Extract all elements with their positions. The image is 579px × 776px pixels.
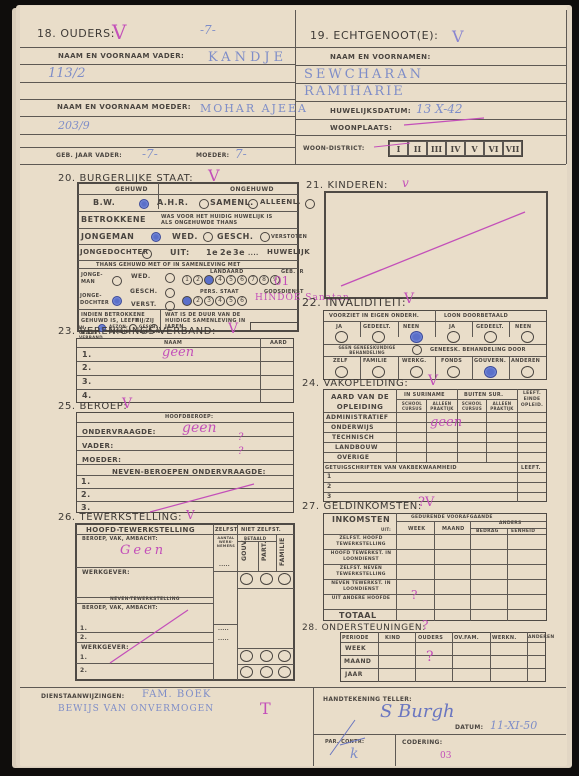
check-mark: ?V <box>418 495 434 510</box>
eigen-neen-radio[interactable] <box>410 331 423 343</box>
third-marriage[interactable]: 3e <box>233 248 245 257</box>
check-mark: V <box>122 396 132 412</box>
part-radio[interactable] <box>260 573 273 585</box>
gesch2-radio[interactable] <box>165 288 175 298</box>
spouse-names-label: NAAM EN VOORNAMEN: <box>330 53 431 61</box>
school-header: SCHOOL CURSUS <box>458 401 486 411</box>
mother-name-value[interactable]: MOHAR AJEEA <box>200 102 308 115</box>
income-row-label: HOOFD TEWERKST. IN LOONDIENST <box>326 551 396 563</box>
ondervraagde-label: ONDERVRAAGDE: <box>82 428 156 436</box>
duur-input-box[interactable] <box>250 322 298 332</box>
second-marriage[interactable]: 2e <box>220 248 232 257</box>
section-title: 27. GELDINKOMSTEN: <box>302 501 422 512</box>
loon-header: LOON DOORBETAALD <box>444 313 508 319</box>
moeder-value[interactable]: ? <box>238 446 243 457</box>
was-voor-label: WAS VOOR HET HUIDIG HUWELIJK IS ALS ONGE… <box>161 214 281 226</box>
alleen-header: ALLEEN PRAKTIJK <box>427 401 457 411</box>
werkg-label: WERKG. <box>402 358 426 364</box>
eigen-gedeelt-radio[interactable] <box>372 331 385 343</box>
samenl-radio[interactable] <box>248 199 258 209</box>
vader-label: VADER: <box>82 442 114 450</box>
income-row-label: ZELFST. HOOFD TEWERKSTELLING <box>326 536 396 548</box>
col-header: WERKN. <box>492 635 517 641</box>
familie-radio[interactable] <box>278 573 291 585</box>
gesch-radio[interactable] <box>260 232 270 242</box>
maand-header: MAAND <box>442 526 465 532</box>
in-suriname-header: IN SURINAME <box>404 392 445 398</box>
section-title: 25. BEROEP: <box>58 401 127 412</box>
landaard-option[interactable]: 5 <box>226 275 236 285</box>
landaard-option-selected[interactable]: 3 <box>204 275 214 285</box>
income-mark[interactable]: ? <box>411 588 417 602</box>
section-title: 24. VAKOPLEIDING: <box>302 378 408 389</box>
ondervraagde-value[interactable]: geen <box>182 420 217 436</box>
spouse-name-line1[interactable]: SEWCHARAN <box>304 67 424 82</box>
vereniging-value[interactable]: geen <box>162 345 194 360</box>
marriage-date-value[interactable]: 13 X-42 <box>416 102 463 116</box>
familie3-radio[interactable] <box>278 666 291 678</box>
section-title: 19. ECHTGENOOT(E): <box>310 29 438 42</box>
landaard-option[interactable]: 1 <box>182 275 192 285</box>
pers-staat-digits: 1 2 3 4 5 6 <box>182 296 247 306</box>
school-header: SCHOOL CURSUS <box>398 401 426 411</box>
gouvern-label: GOUVERN. <box>474 358 506 364</box>
anderen-label: ANDEREN <box>511 358 540 364</box>
werkg-radio[interactable] <box>410 366 423 378</box>
mark-t: T <box>260 699 271 718</box>
familie-label: FAMILIE <box>363 358 387 364</box>
wed-label: WED. <box>172 232 198 241</box>
uit-label: UIT: <box>170 248 190 257</box>
teller-signature[interactable]: S Burgh <box>380 701 455 722</box>
verst-label: VERST. <box>131 301 157 308</box>
zelf-label: ZELF <box>333 358 348 364</box>
col-header: OV.FAM. <box>454 635 479 641</box>
column-divider <box>566 10 567 164</box>
par-contr-label: PAR. CONTR: <box>325 739 364 745</box>
loon-ja-radio[interactable] <box>447 331 460 343</box>
huwelijk-label: HUWELIJK <box>267 248 310 256</box>
getuig-header: GETUIGSCHRIFTEN VAN VAKBEKWAAMHEID <box>325 465 457 471</box>
landaard-option[interactable]: 2 <box>193 275 203 285</box>
familie-radio[interactable] <box>372 366 385 378</box>
voorziet-header: VOORZIET IN EIGEN ONDERH. <box>329 313 419 319</box>
row-number: 2. <box>80 667 87 674</box>
eigen-ja-radio[interactable] <box>335 331 348 343</box>
jongeman-radio[interactable] <box>151 232 161 242</box>
beroep-value[interactable]: Geen <box>120 543 166 558</box>
aard-opleiding-header: AARD VAN DE OPLEIDING <box>330 392 390 412</box>
census-form-page: 18. OUDERS: V -7- NAAM EN VOORNAAM VADER… <box>20 6 567 766</box>
familie-header: FAMILIE <box>279 537 286 566</box>
father-code[interactable]: 113/2 <box>48 66 85 81</box>
period-label: MAAND <box>344 658 371 665</box>
familie2-radio[interactable] <box>278 650 291 662</box>
bw-label: B.W. <box>93 198 115 207</box>
datum-value[interactable]: 11-XI-50 <box>490 719 537 732</box>
opleiding-type: LANDBOUW <box>335 444 378 451</box>
betrokkene-label: BETROKKENE <box>81 215 146 224</box>
jonge-man-radio[interactable] <box>112 276 122 286</box>
period-label: WEEK <box>345 645 366 652</box>
section-title: 26. TEWERKSTELLING: <box>58 512 182 523</box>
niet-zelfst-header: NIET ZELFST. <box>241 527 281 533</box>
neen-label: NEEN <box>403 324 419 330</box>
codering-value[interactable]: 03 <box>440 751 451 761</box>
inkomsten-header: INKOMSTEN <box>332 515 390 524</box>
gouv2-radio[interactable] <box>240 650 253 662</box>
zelfst-header: ZELFST <box>215 527 237 533</box>
geen-genees-radio[interactable] <box>412 345 422 355</box>
check-mark: V <box>186 508 195 522</box>
part3-radio[interactable] <box>260 666 273 678</box>
landaard-digits: 1 2 3 4 5 6 7 8 9 <box>182 275 280 285</box>
mother-birth-year-value[interactable]: 7- <box>235 147 247 161</box>
marriage-date-label: HUWELIJKSDATUM: <box>330 107 411 115</box>
opleiding-type: TECHNISCH <box>332 434 374 441</box>
landaard-option[interactable]: 8 <box>259 275 269 285</box>
aantal-blank: ..... <box>219 562 230 568</box>
section-title: 18. OUDERS: <box>37 27 115 40</box>
jonge-dochter-label: JONGE- DOCHTER <box>80 293 108 307</box>
district-option[interactable]: III <box>427 141 446 156</box>
row-number: 2. <box>80 634 87 641</box>
check-mark: V <box>112 20 126 44</box>
alleenl-radio[interactable] <box>305 199 315 209</box>
ja-label: JA <box>336 324 342 330</box>
first-marriage[interactable]: 1e <box>206 248 218 257</box>
district-option[interactable]: IV <box>446 141 465 156</box>
loon-neen-radio[interactable] <box>521 331 534 343</box>
pers-staat-option[interactable]: 2 <box>193 296 203 306</box>
father-birth-year-label: GEB. JAAR VADER: <box>56 152 122 159</box>
verstoten-label: VERSTOTEN <box>271 234 307 240</box>
row-number: 3. <box>82 377 92 386</box>
loon-gedeelt-radio[interactable] <box>484 331 497 343</box>
opleiding-type: ADMINISTRATIEF <box>326 414 388 421</box>
row-number: 1. <box>82 350 92 359</box>
beroep-label: BEROEP, VAK, AMBACHT: <box>82 536 158 542</box>
father-name-label: NAAM EN VOORNAAM VADER: <box>58 52 184 60</box>
vader-value[interactable]: ? <box>238 432 243 443</box>
spouse-name-line2[interactable]: RAMIHARIE <box>304 84 405 99</box>
alleen-header: ALLEEN PRAKTIJK <box>487 401 517 411</box>
income-row-label: UIT ANDERE HOOFDE <box>326 596 396 602</box>
ahr-label: A.H.R. <box>157 198 188 207</box>
row-number: 1. <box>80 654 87 661</box>
district-selector: I II III IV V VI VII <box>388 140 523 157</box>
moeder-label: MOEDER: <box>82 456 121 464</box>
mother-name-label: NAAM EN VOORNAAM MOEDER: <box>57 103 191 111</box>
col-header: PERIODE <box>342 635 369 641</box>
gedurende-header: GEDURENDE VOORAFGAANDE <box>411 515 493 520</box>
column-divider <box>295 10 296 164</box>
gouv3-radio[interactable] <box>240 666 253 678</box>
check-mark: V <box>452 27 464 46</box>
week-header: WEEK <box>408 526 425 532</box>
row-number: 1. <box>80 625 87 632</box>
district-option[interactable]: II <box>408 141 427 156</box>
gedeelt-label: GEDEELT. <box>363 324 391 330</box>
beroep2-label: BEROEP, VAK, AMBACHT: <box>82 605 158 611</box>
check-mark: V <box>228 321 238 337</box>
jongeman-label: JONGEMAN <box>81 232 134 241</box>
par-contr-mark[interactable]: k <box>350 746 358 762</box>
fonds-label: FONDS <box>441 358 462 364</box>
gouv-header: GOUV. <box>241 538 248 561</box>
pers-staat-option[interactable]: 4 <box>215 296 225 306</box>
section-title: 21. KINDEREN: <box>306 180 388 191</box>
mother-birth-year-label: MOEDER: <box>196 152 229 159</box>
aantal-blank: ..... <box>218 626 229 632</box>
wed2-radio[interactable] <box>165 273 175 283</box>
landaard-option[interactable]: 7 <box>248 275 258 285</box>
support-mark[interactable]: ? <box>426 649 434 665</box>
dienst-line2[interactable]: BEWIJS VAN ONVERMOGEN <box>58 704 214 714</box>
gouv-radio[interactable] <box>240 573 253 585</box>
dienst-label: DIENSTAANWIJZINGEN: <box>41 693 124 700</box>
totaal-label: TOTAAL <box>339 611 377 620</box>
row-number: 1 <box>327 473 332 480</box>
col-header: KIND <box>385 635 400 641</box>
row-number: 3 <box>327 493 332 500</box>
row-number: 2. <box>82 363 92 372</box>
werkgever-label: WERKGEVER: <box>82 569 130 576</box>
father-name-value[interactable]: KANDJE <box>208 50 287 65</box>
jonge-man-label: JONGE- MAN <box>81 272 109 286</box>
opleiding-type: OVERIGE <box>337 454 369 461</box>
werkgever2-label: WERKGEVER: <box>81 644 129 651</box>
dienst-value[interactable]: FAM. BOEK <box>142 689 211 700</box>
gesch2-label: GESCH. <box>130 288 157 295</box>
pers-staat-option[interactable]: 3 <box>204 296 214 306</box>
aard-header: AARD <box>270 340 287 346</box>
district-option[interactable]: VI <box>484 141 503 156</box>
residence-label: WOONPLAATS: <box>330 124 392 132</box>
aantal-blank: ..... <box>218 636 229 642</box>
district-option[interactable]: VII <box>503 141 522 156</box>
period-label: JAAR <box>345 671 363 678</box>
check-mark: ? <box>422 618 428 632</box>
anderen-radio[interactable] <box>521 366 534 378</box>
pers-staat-option[interactable]: 6 <box>237 296 247 306</box>
ongehuwd-header: ONGEHUWD <box>230 186 274 193</box>
aantal-header: AANTAL WERK- NEMERS <box>215 536 237 548</box>
neen-label: NEEN <box>515 324 531 330</box>
uit-label: UIT: <box>381 527 391 532</box>
geb-jr-value[interactable]: 01 <box>274 274 289 288</box>
district-label: WOON-DISTRICT: <box>303 145 365 152</box>
district-option[interactable]: V <box>465 141 484 156</box>
neven-tewerkstelling-header: NEVEN-TEWERKSTELLING <box>110 597 180 602</box>
ahr-radio[interactable] <box>199 199 209 209</box>
check-mark: v <box>402 176 409 190</box>
leeft-einde-header: LEEFT. EINDE OPLEID. <box>519 391 545 409</box>
row-number: 2 <box>327 483 332 490</box>
jongedochter-radio[interactable] <box>142 249 152 259</box>
check-mark: V <box>428 373 438 389</box>
vakopleiding-value[interactable]: geen <box>430 415 462 430</box>
gouvern-radio[interactable] <box>484 366 497 378</box>
district-option[interactable]: I <box>389 141 408 156</box>
gesch-label: GESCH. <box>217 232 253 241</box>
landaard-option[interactable]: 4 <box>215 275 225 285</box>
gehuwd-header: GEHUWD <box>115 186 148 193</box>
fonds-radio[interactable] <box>447 366 460 378</box>
alleenl-label: ALLEENL. <box>260 198 301 206</box>
genees-door-label: GENEESK. BEHANDELING DOOR <box>430 347 526 353</box>
jongedochter-label: JONGEDOCHTER <box>80 248 149 256</box>
ja-label: JA <box>449 324 455 330</box>
father-birth-year-value[interactable]: -7- <box>142 147 158 161</box>
check-mark: V <box>404 291 414 307</box>
pers-staat-option-selected[interactable]: 1 <box>182 296 192 306</box>
geen-genees-label: GEEN GENEESKUNDIGE BEHANDELING <box>327 345 407 355</box>
landaard-option[interactable]: 6 <box>237 275 247 285</box>
row-number: 4. <box>82 391 92 400</box>
opleiding-type: ONDERWIJS <box>331 424 374 431</box>
pers-staat-option[interactable]: 5 <box>226 296 236 306</box>
marriage-number-blank: .... <box>248 250 259 257</box>
gedeelt-label: GEDEELT. <box>476 324 504 330</box>
zelf-radio[interactable] <box>335 366 348 378</box>
children-box[interactable] <box>324 191 548 299</box>
col-header: ANDEREN <box>528 635 554 640</box>
row-number: 2. <box>81 490 91 499</box>
part2-radio[interactable] <box>260 650 273 662</box>
bw-radio[interactable] <box>139 199 149 209</box>
section-title: 23. VERENIGINGS-VERBAND: <box>58 326 216 337</box>
handwritten-mark: -7- <box>200 23 216 37</box>
buiten-header: BUITEN SUR. <box>464 392 503 398</box>
datum-label: DATUM: <box>455 724 483 731</box>
part-header: PART. <box>261 541 268 561</box>
section-title: 22. INVALIDITEIT: <box>302 296 406 309</box>
row-number: 1. <box>81 477 91 486</box>
income-row-label: NEVEN TEWERKST. IN LOONDIENST <box>326 581 396 593</box>
wed-radio[interactable] <box>203 232 213 242</box>
col-header: OUDERS <box>418 635 443 641</box>
leeft-header: LEEFT. <box>521 465 541 471</box>
jonge-dochter-radio[interactable] <box>112 296 122 306</box>
hoofd-tewerkstelling-header: HOOFD-TEWERKSTELLING <box>86 526 195 534</box>
income-row-label: ZELFST. NEVEN TEWERKSTELLING <box>326 566 396 578</box>
codering-label: CODERING: <box>402 739 442 746</box>
row-number: 3. <box>81 503 91 512</box>
mother-code[interactable]: 203/9 <box>58 119 90 132</box>
anders-header: ANDERS <box>499 521 522 526</box>
wed2-label: WED. <box>131 273 151 280</box>
pers-staat-label: PERS. STAAT <box>200 289 239 295</box>
